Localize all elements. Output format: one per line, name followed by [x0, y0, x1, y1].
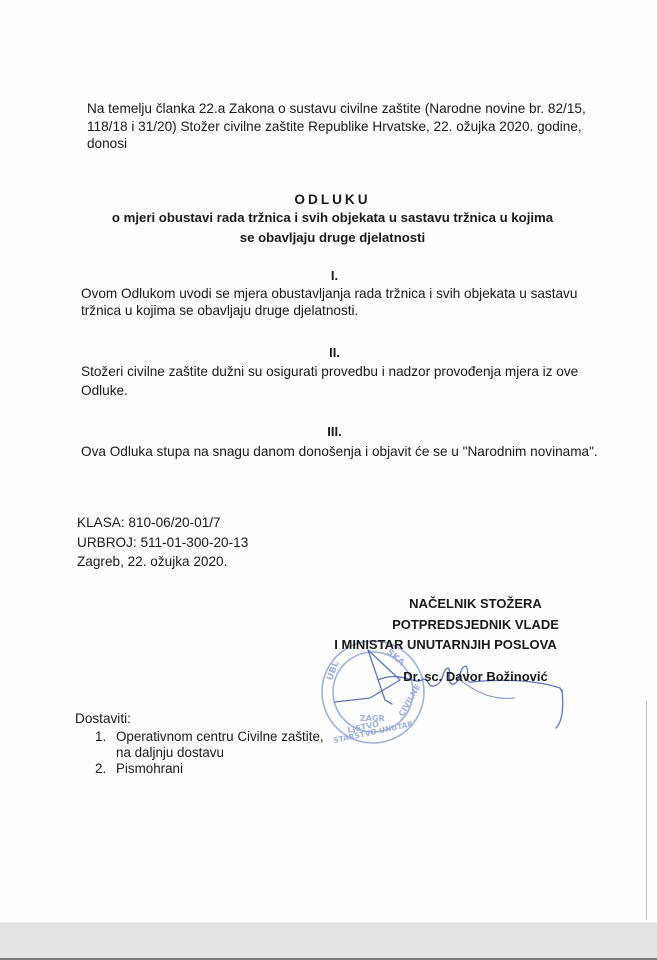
delivery-item: 2. Pismohrani [95, 761, 324, 777]
intro-line: Na temelju članka 22.a Zakona o sustavu … [87, 100, 607, 118]
svg-text:LJSTVO: LJSTVO [347, 719, 381, 735]
section-line: Stožeri civilne zaštite dužni su osigura… [81, 363, 578, 382]
svg-text:CIVILNE: CIVILNE [397, 683, 422, 718]
place-date: Zagreb, 22. ožujka 2020. [77, 552, 248, 572]
section-line: tržnica u kojima se obavljaju druge djel… [81, 302, 577, 319]
subtitle-line: se obavljaju druge djelatnosti [8, 228, 657, 248]
document-title: ODLUKU [0, 191, 657, 208]
intro-line: donosi [87, 135, 607, 153]
document-subtitle: o mjeri obustavi rada tržnica i svih obj… [0, 208, 657, 248]
subtitle-line: o mjeri obustavi rada tržnica i svih obj… [8, 208, 657, 228]
section-line: Ova Odluka stupa na snagu danom donošenj… [81, 443, 598, 460]
delivery-item-line: Operativnom centru Civilne zaštite, [116, 729, 324, 745]
section-number-1: I. [0, 267, 657, 284]
delivery-label: Dostaviti: [75, 710, 131, 727]
section-1-text: Ovom Odlukom uvodi se mjera obustavljanj… [81, 285, 577, 319]
intro-line: 118/18 i 31/20) Stožer civilne zaštite R… [87, 118, 607, 136]
delivery-list: 1. Operativnom centru Civilne zaštite, n… [95, 729, 324, 777]
signatory-title-line: POTPREDSJEDNIK VLADE [147, 615, 657, 636]
document-meta: KLASA: 810-06/20-01/7 URBROJ: 511-01-300… [77, 513, 248, 572]
signatory-name: Dr. sc. Davor Božinović [147, 667, 657, 688]
urbroj: URBROJ: 511-01-300-20-13 [77, 533, 248, 553]
section-2-text: Stožeri civilne zaštite dužni su osigura… [81, 363, 578, 400]
delivery-item-number: 1. [95, 729, 106, 745]
intro-paragraph: Na temelju članka 22.a Zakona o sustavu … [87, 100, 607, 153]
signatory-block: NAČELNIK STOŽERA POTPREDSJEDNIK VLADE I … [0, 594, 657, 676]
page-edge-divider [646, 700, 647, 920]
signatory-title-line: I MINISTAR UNUTARNJIH POSLOVA [117, 635, 657, 656]
document-page: Na temelju članka 22.a Zakona o sustavu … [0, 0, 657, 922]
viewer-bottom-bar [0, 922, 657, 960]
delivery-item: 1. Operativnom centru Civilne zaštite, n… [95, 729, 324, 761]
delivery-item-line: na daljnju dostavu [116, 745, 324, 761]
section-line: Odluke. [81, 382, 578, 401]
klasa: KLASA: 810-06/20-01/7 [77, 513, 248, 533]
svg-text:STARSTVO UNUTAR: STARSTVO UNUTAR [333, 719, 415, 745]
section-line: Ovom Odlukom uvodi se mjera obustavljanj… [81, 285, 577, 302]
delivery-item-number: 2. [95, 761, 106, 777]
delivery-item-line: Pismohrani [116, 761, 324, 777]
section-3-text: Ova Odluka stupa na snagu danom donošenj… [81, 443, 598, 460]
svg-text:ZAGR: ZAGR [360, 714, 385, 723]
section-number-2: II. [0, 344, 657, 361]
signatory-title-line: NAČELNIK STOŽERA [147, 594, 657, 615]
section-number-3: III. [0, 423, 657, 440]
